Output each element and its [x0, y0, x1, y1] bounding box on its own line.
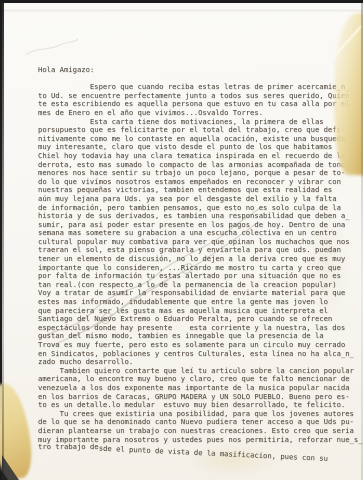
letter-last-line: tro trabajo desde el punto de vista de l… [38, 443, 328, 452]
paper-crease [2, 9, 363, 12]
letter-paper: Hola Amigazo: Espero que cuando reciba e… [2, 3, 363, 480]
pencil-mark-top [22, 35, 82, 65]
last-line-start: tro trabajo de [38, 442, 99, 451]
letter-line: Hola Amigazo: [38, 66, 360, 75]
scanned-letter-page: Hola Amigazo: Espero que cuando reciba e… [0, 0, 363, 480]
paper-edge-left [2, 3, 4, 480]
stain-right-edge [332, 13, 363, 176]
letter-body: Hola Amigazo: Espero que cuando reciba e… [38, 66, 360, 444]
